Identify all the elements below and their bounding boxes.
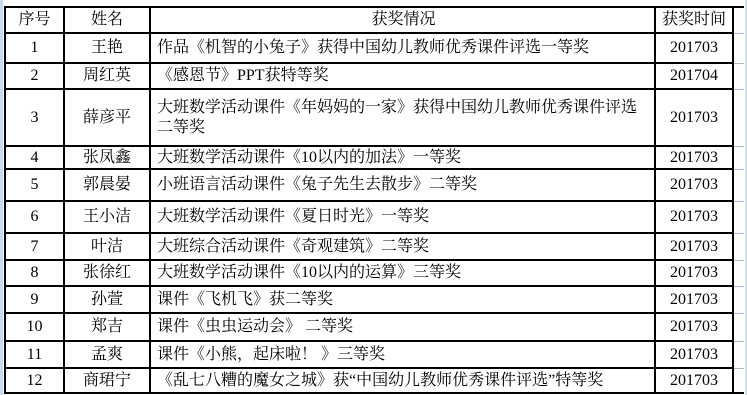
cell-name: 孙萱 (64, 286, 150, 313)
grid-sliver-cell (733, 286, 744, 313)
grid-sliver-cell (733, 146, 744, 169)
awards-table-page: 序号 姓名 获奖情况 获奖时间 1 王艳 作品《机智的小兔子》获得中国幼儿教师优… (0, 0, 747, 395)
header-row: 序号 姓名 获奖情况 获奖时间 (5, 7, 744, 33)
cell-no: 4 (5, 146, 64, 169)
cell-no: 3 (5, 89, 64, 146)
cell-time: 201703 (655, 341, 733, 368)
table-row: 3 薛彦平 大班数学活动课件《年妈妈的一家》获得中国幼儿教师优秀课件评选二等奖 … (5, 89, 744, 146)
column-header-time: 获奖时间 (655, 7, 733, 33)
cell-award: 《乱七八糟的魔女之城》获“中国幼儿教师优秀课件评选”特等奖 (150, 368, 655, 393)
grid-sliver-cell (733, 341, 744, 368)
cell-no: 11 (5, 341, 64, 368)
cell-time: 201703 (655, 368, 733, 393)
cell-name: 孟爽 (64, 341, 150, 368)
table-row: 11 孟爽 课件《小熊，起床啦！ 》三等奖 201703 (5, 341, 744, 368)
cell-name: 郑吉 (64, 313, 150, 341)
cell-award: 《感恩节》PPT获特等奖 (150, 63, 655, 89)
cell-name: 薛彦平 (64, 89, 150, 146)
cell-name: 郭晨晏 (64, 169, 150, 201)
cell-name: 张凤鑫 (64, 146, 150, 169)
grid-sliver-cell (733, 33, 744, 63)
table-row: 1 王艳 作品《机智的小兔子》获得中国幼儿教师优秀课件评选一等奖 201703 (5, 33, 744, 63)
grid-sliver-cell (733, 313, 744, 341)
cell-time: 201703 (655, 260, 733, 286)
cell-award: 课件《飞机飞》获二等奖 (150, 286, 655, 313)
cell-time: 201703 (655, 233, 733, 260)
column-header-award: 获奖情况 (150, 7, 655, 33)
table-header: 序号 姓名 获奖情况 获奖时间 (5, 7, 744, 33)
cell-time: 201703 (655, 146, 733, 169)
table-row: 8 张徐红 大班数学活动课件《10以内的运算》三等奖 201703 (5, 260, 744, 286)
cell-award: 作品《机智的小兔子》获得中国幼儿教师优秀课件评选一等奖 (150, 33, 655, 63)
cell-no: 7 (5, 233, 64, 260)
table-row: 10 郑吉 课件《虫虫运动会》 二等奖 201703 (5, 313, 744, 341)
column-header-name: 姓名 (64, 7, 150, 33)
cell-no: 6 (5, 201, 64, 233)
column-header-no: 序号 (5, 7, 64, 33)
cell-award: 大班数学活动课件《10以内的运算》三等奖 (150, 260, 655, 286)
awards-table: 序号 姓名 获奖情况 获奖时间 1 王艳 作品《机智的小兔子》获得中国幼儿教师优… (4, 6, 744, 394)
cell-award: 大班数学活动课件《夏日时光》一等奖 (150, 201, 655, 233)
cell-time: 201703 (655, 313, 733, 341)
cell-name: 王小洁 (64, 201, 150, 233)
cell-name: 张徐红 (64, 260, 150, 286)
cell-award: 课件《虫虫运动会》 二等奖 (150, 313, 655, 341)
table-row: 12 商珺宁 《乱七八糟的魔女之城》获“中国幼儿教师优秀课件评选”特等奖 201… (5, 368, 744, 393)
table-row: 6 王小洁 大班数学活动课件《夏日时光》一等奖 201703 (5, 201, 744, 233)
grid-sliver-cell (733, 201, 744, 233)
cell-time: 201703 (655, 286, 733, 313)
cell-no: 5 (5, 169, 64, 201)
cell-award: 大班数学活动课件《10以内的加法》一等奖 (150, 146, 655, 169)
cell-no: 8 (5, 260, 64, 286)
cell-name: 周红英 (64, 63, 150, 89)
cell-time: 201703 (655, 201, 733, 233)
grid-sliver-cell (733, 63, 744, 89)
grid-sliver-cell (733, 169, 744, 201)
cell-time: 201704 (655, 63, 733, 89)
grid-sliver-cell (733, 7, 744, 33)
cell-time: 201703 (655, 89, 733, 146)
cell-no: 2 (5, 63, 64, 89)
grid-sliver-cell (733, 368, 744, 393)
cell-name: 叶洁 (64, 233, 150, 260)
table-row: 5 郭晨晏 小班语言活动课件《兔子先生去散步》二等奖 201703 (5, 169, 744, 201)
left-edge-strip (0, 0, 3, 395)
cell-no: 9 (5, 286, 64, 313)
cell-time: 201703 (655, 169, 733, 201)
cell-award: 课件《小熊，起床啦！ 》三等奖 (150, 341, 655, 368)
cell-time: 201703 (655, 33, 733, 63)
cell-no: 1 (5, 33, 64, 63)
table-row: 7 叶洁 大班综合活动课件《奇观建筑》二等奖 201703 (5, 233, 744, 260)
cell-award: 大班数学活动课件《年妈妈的一家》获得中国幼儿教师优秀课件评选二等奖 (150, 89, 655, 146)
grid-sliver-cell (733, 89, 744, 146)
grid-sliver-cell (733, 260, 744, 286)
cell-award: 小班语言活动课件《兔子先生去散步》二等奖 (150, 169, 655, 201)
table-row: 4 张凤鑫 大班数学活动课件《10以内的加法》一等奖 201703 (5, 146, 744, 169)
cell-award: 大班综合活动课件《奇观建筑》二等奖 (150, 233, 655, 260)
table-row: 2 周红英 《感恩节》PPT获特等奖 201704 (5, 63, 744, 89)
grid-sliver-cell (733, 233, 744, 260)
cell-name: 商珺宁 (64, 368, 150, 393)
cell-no: 12 (5, 368, 64, 393)
table-row: 9 孙萱 课件《飞机飞》获二等奖 201703 (5, 286, 744, 313)
cell-name: 王艳 (64, 33, 150, 63)
cell-no: 10 (5, 313, 64, 341)
